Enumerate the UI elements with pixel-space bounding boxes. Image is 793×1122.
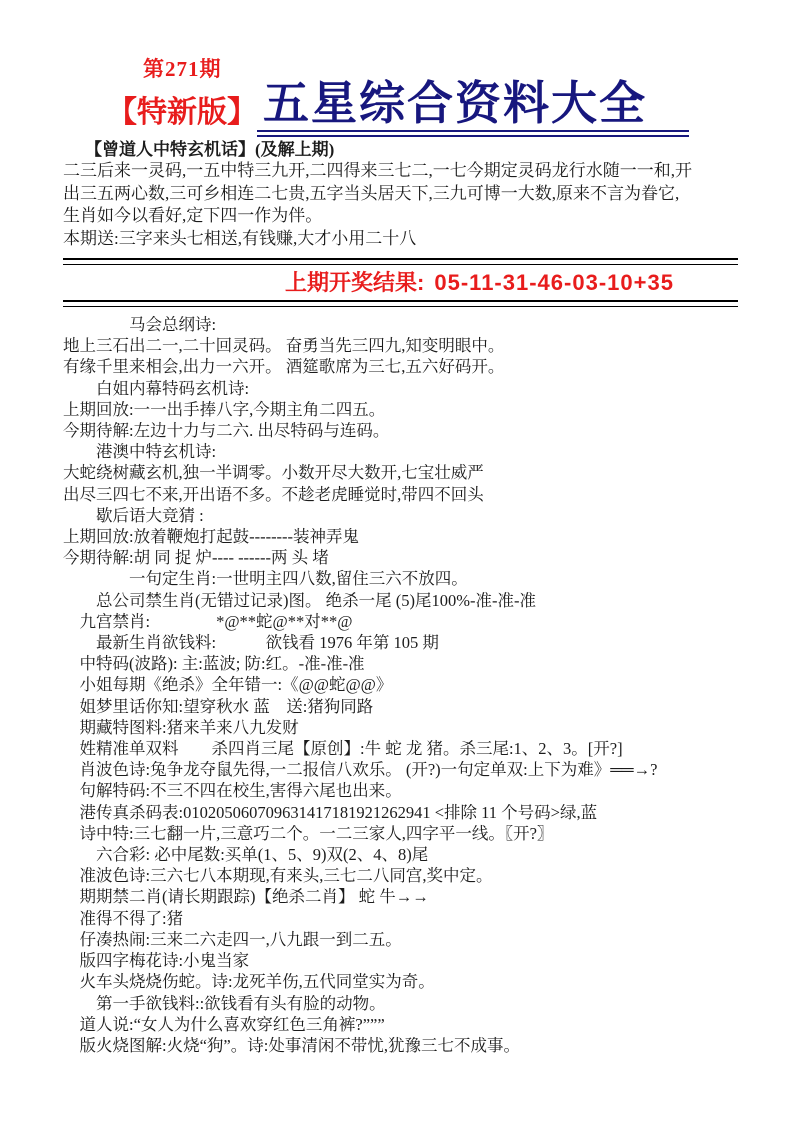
body-line: 六合彩: 必中尾数:买单(1、5、9)双(2、4、8)尾 xyxy=(63,844,738,865)
intro-line: 生肖如今以看好,定下四一作为伴。 xyxy=(63,205,738,228)
body-line: 上期回放:放着鞭炮打起鼓--------装神弄鬼 xyxy=(63,526,738,547)
intro-line: 二三后来一灵码,一五中特三九开,二四得来三七二,一七今期定灵码龙行水随一一和,开 xyxy=(63,160,738,183)
body-line: 期期禁二肖(请长期跟踪)【绝杀二肖】 蛇 牛→→ xyxy=(63,886,738,907)
body-line: 出尽三四七不来,开出语不多。不趁老虎睡觉时,带四不回头 xyxy=(63,484,738,505)
body-line: 中特码(波路): 主:蓝波; 防:红。-准-准-准 xyxy=(63,653,738,674)
body-line: 仔凑热闹:三来二六走四一,八九跟一到二五。 xyxy=(63,929,738,950)
body-line: 火车头烧烧伤蛇。诗:龙死羊伤,五代同堂实为奇。 xyxy=(63,971,738,992)
body-line: 港澳中特玄机诗: xyxy=(63,441,738,462)
body-line: 准得不得了:猪 xyxy=(63,908,738,929)
edition-badge: 【特新版】 xyxy=(107,98,257,137)
body-line: 歇后语大竞猜 : xyxy=(63,505,738,526)
double-rule-top xyxy=(63,258,738,265)
body-line: 大蛇绕树藏玄机,独一半调零。小数开尽大数开,七宝壮威严 xyxy=(63,462,738,483)
body-line: 地上三石出二一,二十回灵码。 奋勇当先三四九,知变明眼中。 xyxy=(63,335,738,356)
intro-line: 出三五两心数,三可乡相连二七贵,五字当头居天下,三九可博一大数,原来不言为眷它, xyxy=(63,183,738,206)
body-line: 版火烧图解:火烧“狗”。诗:处事清闲不带忧,犹豫三七不成事。 xyxy=(63,1035,738,1056)
last-draw-label: 上期开奖结果: xyxy=(285,270,424,295)
body-line: 白姐内幕特码玄机诗: xyxy=(63,378,738,399)
last-draw-result: 上期开奖结果:05-11-31-46-03-10+35 xyxy=(142,265,793,300)
body-line: 今期待解:左边十力与二六. 出尽特码与连码。 xyxy=(63,420,738,441)
body-line: 马会总纲诗: xyxy=(63,314,738,335)
intro-paragraph: 二三后来一灵码,一五中特三九开,二四得来三七二,一七今期定灵码龙行水随一一和,开… xyxy=(63,160,738,250)
intro-line: 本期送:三字来头七相送,有钱赚,大才小用二十八 xyxy=(63,228,738,251)
body-line: 总公司禁生肖(无错过记录)图。 绝杀一尾 (5)尾100%-准-准-准 xyxy=(63,590,738,611)
intro-section: 【曾道人中特玄机话】(及解上期) 二三后来一灵码,一五中特三九开,二四得来三七二… xyxy=(63,140,738,250)
tip-sheet-page: 第271期 【特新版】 五星综合资料大全 【曾道人中特玄机话】(及解上期) 二三… xyxy=(0,0,793,1122)
double-rule-bottom xyxy=(63,300,738,307)
masthead: 第271期 【特新版】 五星综合资料大全 xyxy=(63,57,738,137)
body-line: 版四字梅花诗:小鬼当家 xyxy=(63,950,738,971)
page-title: 五星综合资料大全 xyxy=(257,81,689,137)
body-line: 期藏特图料:猪来羊来八九发财 xyxy=(63,717,738,738)
body-line: 肖波色诗:兔争龙夺鼠先得,一二报信八欢乐。 (开?)一句定单双:上下为难》══→… xyxy=(63,759,738,780)
body-line: 小姐每期《绝杀》全年错一:《@@蛇@@》 xyxy=(63,674,738,695)
body-line: 九宫禁肖: *@**蛇@**对**@ xyxy=(63,611,738,632)
body-line: 有缘千里来相会,出力一六开。 酒筵歌席为三七,五六好码开。 xyxy=(63,356,738,377)
intro-heading: 【曾道人中特玄机话】(及解上期) xyxy=(85,140,738,160)
body-line: 道人说:“女人为什么喜欢穿红色三角裤?””” xyxy=(63,1014,738,1035)
body-line: 诗中特:三七翻一片,三意巧二个。一二三家人,四字平一线。〖开?〗 xyxy=(63,823,738,844)
body-line: 上期回放:一一出手捧八字,今期主角二四五。 xyxy=(63,399,738,420)
body-line: 第一手欲钱料::欲钱看有头有脸的动物。 xyxy=(63,993,738,1014)
body-line: 最新生肖欲钱料: 欲钱看 1976 年第 105 期 xyxy=(63,632,738,653)
body-line: 姓精准单双料 杀四肖三尾【原创】:牛 蛇 龙 猪。杀三尾:1、2、3。[开?] xyxy=(63,738,738,759)
tips-body: 马会总纲诗:地上三石出二一,二十回灵码。 奋勇当先三四九,知变明眼中。有缘千里来… xyxy=(63,314,738,1056)
body-line: 准波色诗:三六七八本期现,有来头,三七二八同宫,奖中定。 xyxy=(63,865,738,886)
last-draw-numbers: 05-11-31-46-03-10+35 xyxy=(434,270,674,295)
body-line: 港传真杀码表:010205060709631417181921262941 <排… xyxy=(63,802,738,823)
body-line: 姐梦里话你知:望穿秋水 蓝 送:猪狗同路 xyxy=(63,696,738,717)
body-line: 今期待解:胡 同 捉 炉---- ------两 头 堵 xyxy=(63,547,738,568)
title-row: 【特新版】 五星综合资料大全 xyxy=(107,81,738,137)
body-line: 句解特码:不三不四在校生,害得六尾也出来。 xyxy=(63,780,738,801)
body-line: 一句定生肖:一世明主四八数,留住三六不放四。 xyxy=(63,568,738,589)
